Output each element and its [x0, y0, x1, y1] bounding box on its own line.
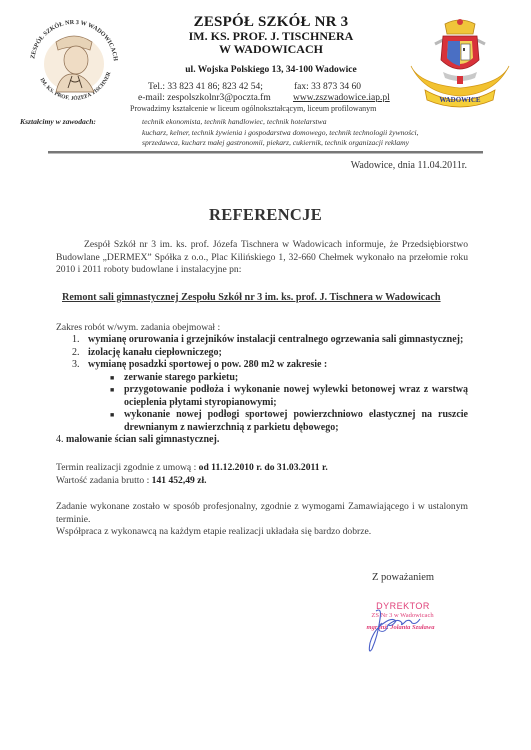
- scope-list: 1. wymianę orurowania i grzejników insta…: [72, 334, 468, 447]
- date-line: Wadowice, dnia 11.04.2011r.: [0, 160, 467, 171]
- sub-item-text: wykonanie nowej podłogi sportowej powier…: [124, 409, 468, 433]
- fax-number: fax: 33 873 34 60: [294, 82, 361, 92]
- value-amount: 141 452,49 zł.: [152, 475, 207, 486]
- bullet-icon: ■: [110, 372, 114, 385]
- school-address: ul. Wojska Polskiego 13, 34-100 Wadowice: [140, 65, 402, 75]
- term-value: od 11.12.2010 r. do 31.03.2011 r.: [199, 462, 328, 473]
- closing-paragraph: Zadanie wykonane zostało w sposób profes…: [56, 501, 468, 539]
- intro-paragraph: Zespół Szkół nr 3 im. ks. prof. Józefa T…: [56, 239, 468, 277]
- professions-line: sprzedawca, kucharz małej gastronomii, p…: [142, 138, 419, 149]
- document-title: REFERENCJE: [0, 205, 531, 225]
- closing-text-1: Zadanie wykonane zostało w sposób profes…: [56, 501, 468, 526]
- term-line: Termin realizacji zgodnie z umową : od 1…: [56, 462, 468, 475]
- scope-item: 1. wymianę orurowania i grzejników insta…: [72, 334, 468, 347]
- coat-of-arms-logo: WADOWICE: [405, 14, 515, 114]
- term-label: Termin realizacji zgodnie z umową :: [56, 462, 199, 473]
- item-number: 1.: [72, 334, 80, 347]
- item-text: malowanie ścian sali gimnastycznej.: [66, 434, 219, 445]
- education-profile-line: Prowadzimy kształcenie w liceum ogólnoks…: [130, 104, 376, 113]
- wadowice-coat-of-arms-icon: WADOWICE: [405, 14, 515, 114]
- item-number: 2.: [72, 347, 80, 360]
- item-number: 3.: [72, 359, 80, 372]
- bullet-icon: ■: [110, 384, 114, 397]
- svg-text:WADOWICE: WADOWICE: [439, 96, 481, 104]
- sub-item: ■przygotowanie podłoża i wykonanie nowej…: [108, 384, 468, 409]
- sub-item: ■zerwanie starego parkietu;: [108, 372, 468, 385]
- school-name: ZESPÓŁ SZKÓŁ NR 3: [140, 14, 402, 30]
- handwritten-signature: [362, 605, 422, 655]
- school-city: W WADOWICACH: [140, 43, 402, 56]
- value-label: Wartość zadania brutto :: [56, 475, 152, 486]
- header-divider: [48, 151, 483, 153]
- sub-item-text: przygotowanie podłoża i wykonanie nowej …: [124, 384, 468, 408]
- school-seal-portrait-icon: ZESPÓŁ SZKÓŁ NR 3 W WADOWICACH IM. KS. P…: [20, 12, 128, 110]
- professions-line: kucharz, kelner, technik żywienia i gosp…: [142, 128, 419, 139]
- professions-label: Kształcimy w zawodach:: [20, 117, 96, 126]
- email-address: e-mail: zespolszkolnr3@poczta.fm: [138, 93, 271, 103]
- signature-icon: [362, 605, 422, 655]
- website-link[interactable]: www.zszwadowice.iap.pl: [293, 93, 390, 103]
- scope-label: Zakres robót w/wym. zadania obejmował :: [56, 322, 468, 333]
- letterhead: ZESPÓŁ SZKÓŁ NR 3 IM. KS. PROF. J. TISCH…: [140, 14, 402, 75]
- item-text: wymianę posadzki sportowej o pow. 280 m2…: [88, 359, 327, 370]
- scope-item: 3. wymianę posadzki sportowej o pow. 280…: [72, 359, 468, 372]
- scope-item: 4. malowanie ścian sali gimnastycznej.: [56, 434, 468, 447]
- closing-text-2: Współpraca z wykonawcą na każdym etapie …: [56, 526, 468, 539]
- sub-item-text: zerwanie starego parkietu;: [124, 372, 238, 383]
- item-text: wymianę orurowania i grzejników instalac…: [88, 334, 463, 345]
- professions-list: technik ekonomista, technik handlowiec, …: [142, 117, 419, 149]
- value-line: Wartość zadania brutto : 141 452,49 zł.: [56, 475, 468, 488]
- item-number: 4.: [56, 434, 64, 445]
- project-subject: Remont sali gimnastycznej Zespołu Szkół …: [62, 292, 441, 303]
- scope-item: 2. izolację kanału ciepłowniczego;: [72, 347, 468, 360]
- greeting: Z poważaniem: [372, 572, 434, 583]
- item-text: izolację kanału ciepłowniczego;: [88, 347, 222, 358]
- phone-numbers: Tel.: 33 823 41 86; 823 42 54;: [148, 82, 263, 92]
- contract-details: Termin realizacji zgodnie z umową : od 1…: [56, 462, 468, 487]
- bullet-icon: ■: [110, 409, 114, 422]
- sub-item: ■wykonanie nowej podłogi sportowej powie…: [108, 409, 468, 434]
- scope-sub-list: ■zerwanie starego parkietu; ■przygotowan…: [72, 372, 468, 435]
- professions-line: technik ekonomista, technik handlowiec, …: [142, 117, 419, 128]
- school-seal-logo: ZESPÓŁ SZKÓŁ NR 3 W WADOWICACH IM. KS. P…: [20, 12, 128, 110]
